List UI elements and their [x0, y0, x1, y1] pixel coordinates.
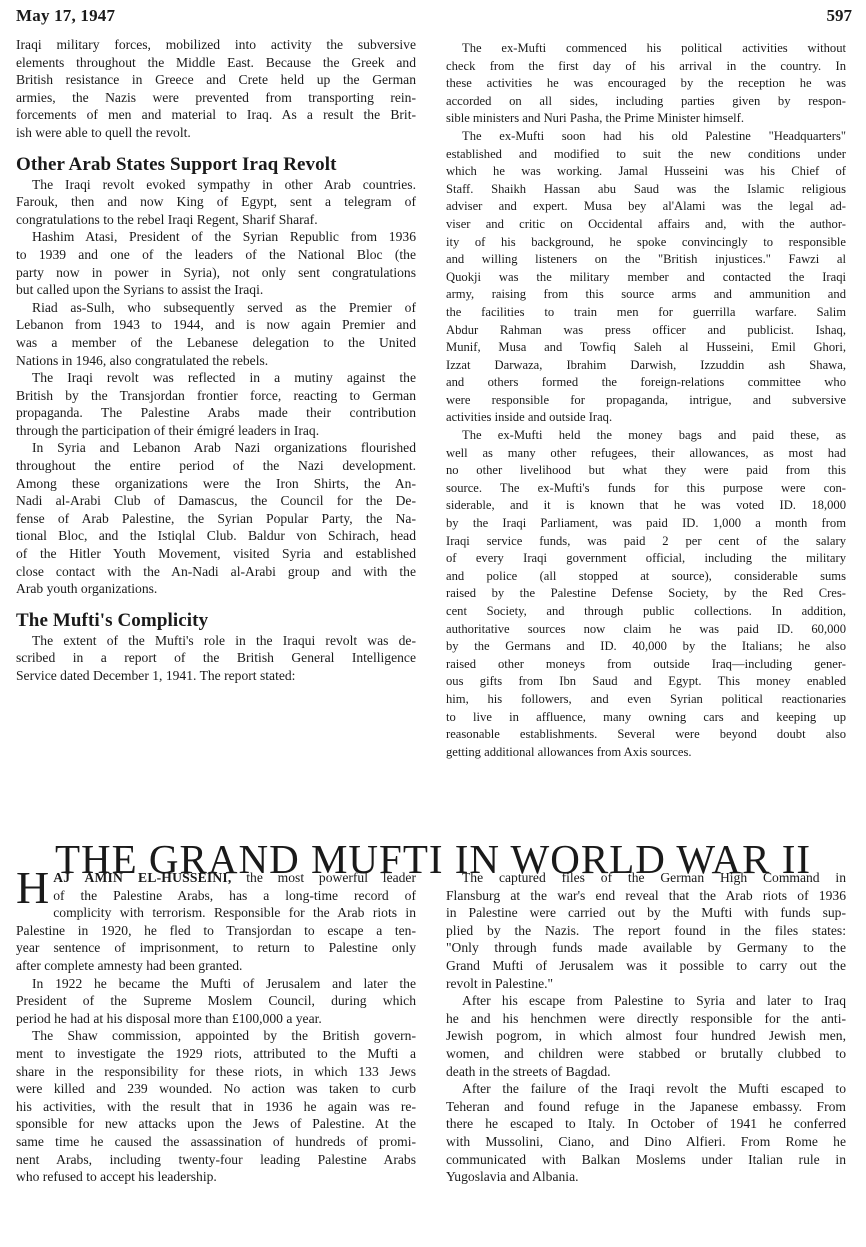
- text-line: and others formed the foreign-relations …: [446, 374, 846, 392]
- paragraph: The Iraqi revolt evoked sympathy in othe…: [16, 176, 416, 229]
- text-line: Yugoslavia and Albania.: [446, 1168, 846, 1186]
- article-left-column: H AJ AMIN EL-HUSSEINI, the most powerful…: [16, 869, 416, 1186]
- text-line: After his escape from Palestine to Syria…: [446, 992, 846, 1010]
- paragraph: Iraqi military forces, mobilized into ac…: [16, 36, 416, 142]
- text-line: in Palestine were carried out by the Muf…: [446, 904, 846, 922]
- text-line: tional Bloc, and the Istiqlal Club. Bald…: [16, 527, 416, 545]
- text-line: The ex-Mufti soon had his old Palestine …: [446, 128, 846, 146]
- text-line: communicated with Balkan Moslems under I…: [446, 1151, 846, 1169]
- text-line: by the Iraqi Parliament, was paid ID. 1,…: [446, 515, 846, 533]
- top-left-column: Iraqi military forces, mobilized into ac…: [16, 36, 416, 685]
- text-line: there he escaped to Italy. In October of…: [446, 1115, 846, 1133]
- text-line: In Syria and Lebanon Arab Nazi organizat…: [16, 439, 416, 457]
- text-line: and police (all stopped at source), cons…: [446, 568, 846, 586]
- text-line: of every Iraqi government official, incl…: [446, 550, 846, 568]
- text-line: The extent of the Mufti's role in the Ir…: [16, 632, 416, 650]
- text-line: Arab youth organizations.: [16, 580, 416, 598]
- text-line: death in the streets of Bagdad.: [446, 1063, 846, 1081]
- text-line: The Shaw commission, appointed by the Br…: [16, 1027, 416, 1045]
- text-line: getting additional allowances from Axis …: [446, 744, 846, 762]
- text-line: plied by the Nazis. The report found in …: [446, 922, 846, 940]
- paragraph: The extent of the Mufti's role in the Ir…: [16, 632, 416, 685]
- text-line: with Mussolini, Ciano, and Dino Alfieri.…: [446, 1133, 846, 1151]
- text-line: The ex-Mufti held the money bags and pai…: [446, 427, 846, 445]
- text-line: armies, the Nazis were prevented from tr…: [16, 89, 416, 107]
- text-line: close contact with the An-Nadi al-Arabi …: [16, 563, 416, 581]
- page-number: 597: [827, 6, 853, 26]
- quoted-paragraph: The ex-Mufti held the money bags and pai…: [446, 427, 846, 761]
- text-line: activities inside and outside Iraq.: [446, 409, 846, 427]
- text-line: sible ministers and Nuri Pasha, the Prim…: [446, 110, 846, 128]
- text-line: Iraqi military forces, mobilized into ac…: [16, 36, 416, 54]
- text-line: fense of Arab Palestine, the Syrian Popu…: [16, 510, 416, 528]
- paragraph: The captured files of the German High Co…: [446, 869, 846, 992]
- text-line: he and his henchmen were directly respon…: [446, 1010, 846, 1028]
- section-heading-mufti-complicity: The Mufti's Complicity: [16, 610, 416, 632]
- text-line: Iraqi service funds, was paid 2 per cent…: [446, 533, 846, 551]
- text-line: were killed and 239 wounded. No action w…: [16, 1080, 416, 1098]
- paragraph: The Iraqi revolt was reflected in a muti…: [16, 369, 416, 439]
- text-line: sponsible for new attacks upon the Jews …: [16, 1115, 416, 1133]
- text-line: adviser and expert. Musa bey al'Alami wa…: [446, 198, 846, 216]
- text-line: raised by the Palestine Defense Society,…: [446, 585, 846, 603]
- text-line: In 1922 he became the Mufti of Jerusalem…: [16, 975, 416, 993]
- text-line: Grand Mufti of Jerusalem was it possible…: [446, 957, 846, 975]
- text-line: ish were able to quell the revolt.: [16, 124, 416, 142]
- text-line: army, raising from this source arms and …: [446, 286, 846, 304]
- text-line: Lebanon from 1943 to 1944, and is now ag…: [16, 316, 416, 334]
- text-line: complicity with terrorism. Responsible f…: [16, 904, 416, 922]
- text-line: year sentence of imprisonment, to return…: [16, 939, 416, 957]
- text-line: The captured files of the German High Co…: [446, 869, 846, 887]
- text-line: "Only through funds made available by Ge…: [446, 939, 846, 957]
- text-line: the facilities to train men for guerrill…: [446, 304, 846, 322]
- article-right-column: The captured files of the German High Co…: [446, 869, 846, 1186]
- text-line: scribed in a report of the British Gener…: [16, 649, 416, 667]
- text-line: Munif, Musa and Towfiq Saleh al Husseini…: [446, 339, 846, 357]
- text-line: after complete amnesty had been granted.: [16, 957, 416, 975]
- text-line: through the participation of their émigr…: [16, 422, 416, 440]
- text-line: British by the Transjordan frontier forc…: [16, 387, 416, 405]
- text-line: siderable, and it is known that he was v…: [446, 497, 846, 515]
- text-line: Palestine in 1920, he fled to Transjorda…: [16, 922, 416, 940]
- text-line: ment to investigate the 1929 riots, attr…: [16, 1045, 416, 1063]
- lead-paragraph: H AJ AMIN EL-HUSSEINI, the most powerful…: [16, 869, 416, 975]
- text-line: were responsible for propaganda, intrigu…: [446, 392, 846, 410]
- section-heading-other-arab-states: Other Arab States Support Iraq Revolt: [16, 154, 416, 176]
- text-line: reasonable establishments. Several were …: [446, 726, 846, 744]
- text-line: established and modified to suit the new…: [446, 146, 846, 164]
- issue-date: May 17, 1947: [16, 6, 115, 26]
- text-line: Hashim Atasi, President of the Syrian Re…: [16, 228, 416, 246]
- drop-cap: H: [16, 869, 49, 906]
- text-line: source. The ex-Mufti's funds for this pu…: [446, 480, 846, 498]
- quoted-paragraph: The ex-Mufti soon had his old Palestine …: [446, 128, 846, 427]
- text-line: raised other moneys from outside Iraq—in…: [446, 656, 846, 674]
- text-line: nent Arabs, including twenty-four leadin…: [16, 1151, 416, 1169]
- text-line: ity of his background, he spoke convinci…: [446, 234, 846, 252]
- text-line: Service dated December 1, 1941. The repo…: [16, 667, 416, 685]
- paragraph: The Shaw commission, appointed by the Br…: [16, 1027, 416, 1185]
- text-line: The Iraqi revolt was reflected in a muti…: [16, 369, 416, 387]
- text-line: Among these organizations were the Iron …: [16, 475, 416, 493]
- text-line: congratulations to the rebel Iraqi Regen…: [16, 211, 416, 229]
- text-line: throughout the entire period of the Nazi…: [16, 457, 416, 475]
- text-line: Teheran and found refuge in the Japanese…: [446, 1098, 846, 1116]
- text-line: The ex-Mufti commenced his political act…: [446, 40, 846, 58]
- text-line: these activities he was encouraged by th…: [446, 75, 846, 93]
- text-line: was a member of the Lebanese delegation …: [16, 334, 416, 352]
- text-line: Farouk, then and now King of Egypt, sent…: [16, 193, 416, 211]
- text-line: Jewish pogrom, in which almost four hund…: [446, 1027, 846, 1045]
- text-line: forcements of men and material to Iraq. …: [16, 106, 416, 124]
- paragraph: Riad as-Sulh, who subsequently served as…: [16, 299, 416, 369]
- text-line: but called upon the Syrians to assist th…: [16, 281, 416, 299]
- text-line: Nadi al-Arabi Club of Damascus, the Coun…: [16, 492, 416, 510]
- text-line: President of the Supreme Moslem Council,…: [16, 992, 416, 1010]
- text-line: British resistance in Greece and Crete h…: [16, 71, 416, 89]
- text-line: Riad as-Sulh, who subsequently served as…: [16, 299, 416, 317]
- text-line: same time he caused the assassination of…: [16, 1133, 416, 1151]
- text-line: The Iraqi revolt evoked sympathy in othe…: [16, 176, 416, 194]
- text-line: to live in affluence, many owning cars a…: [446, 709, 846, 727]
- text-line: who refused to accept his leadership.: [16, 1168, 416, 1186]
- text-line: Izzat Darwaza, Ibrahim Darwish, Izzuddin…: [446, 357, 846, 375]
- text-line: period he had at his disposal more than …: [16, 1010, 416, 1028]
- text-line: share in the responsibility for these ri…: [16, 1063, 416, 1081]
- text-line: well as many other refugees, their allow…: [446, 445, 846, 463]
- paragraph: In 1922 he became the Mufti of Jerusalem…: [16, 975, 416, 1028]
- text-line: Abdur Rahman was press officer and publi…: [446, 322, 846, 340]
- text-line: After the failure of the Iraqi revolt th…: [446, 1080, 846, 1098]
- text-line: no other livelihood but what they were p…: [446, 462, 846, 480]
- quoted-paragraph: The ex-Mufti commenced his political act…: [446, 40, 846, 128]
- lead-text: of the Palestine Arabs, has a long-time …: [16, 887, 416, 905]
- text-line: Quokji was the military member and conta…: [446, 269, 846, 287]
- top-right-column: The ex-Mufti commenced his political act…: [446, 36, 846, 761]
- text-line: party now in power in Syria), not only s…: [16, 264, 416, 282]
- text-line: ous gifts from Ibn Saud and Egypt. This …: [446, 673, 846, 691]
- text-line: propaganda. The Palestine Arabs made the…: [16, 404, 416, 422]
- paragraph: After the failure of the Iraqi revolt th…: [446, 1080, 846, 1186]
- page-header: May 17, 1947 597: [16, 6, 852, 28]
- lead-text: the most powerful leader: [231, 870, 416, 885]
- lead-name: AJ AMIN EL-HUSSEINI,: [53, 870, 231, 885]
- text-line: women, and children were stabbed or brut…: [446, 1045, 846, 1063]
- text-line: accorded on all sides, including parties…: [446, 93, 846, 111]
- paragraph: Hashim Atasi, President of the Syrian Re…: [16, 228, 416, 298]
- text-line: of the Hitler Youth Movement, visited Sy…: [16, 545, 416, 563]
- text-line: Nations in 1946, also congratulated the …: [16, 352, 416, 370]
- text-line: cent Society, and through public collect…: [446, 603, 846, 621]
- text-line: Flansburg at the war's end reveal that t…: [446, 887, 846, 905]
- text-line: Staff. Shaikh Hassan abu Saud was the Is…: [446, 181, 846, 199]
- text-line: to 1939 and one of the leaders of the Na…: [16, 246, 416, 264]
- text-line: and willing listeners on the "British in…: [446, 251, 846, 269]
- text-line: by the Germans and ID. 40,000 by the Ita…: [446, 638, 846, 656]
- text-line: viser and critic on Occidental affairs a…: [446, 216, 846, 234]
- text-line: check from the first day of his arrival …: [446, 58, 846, 76]
- text-line: him, his followers, and even Syrian poli…: [446, 691, 846, 709]
- text-line: elements throughout the Middle East. Bec…: [16, 54, 416, 72]
- text-line: his activities, with the result that in …: [16, 1098, 416, 1116]
- text-line: which he was working. Jamal Husseini was…: [446, 163, 846, 181]
- text-line: revolt in Palestine.": [446, 975, 846, 993]
- paragraph: After his escape from Palestine to Syria…: [446, 992, 846, 1080]
- paragraph: In Syria and Lebanon Arab Nazi organizat…: [16, 439, 416, 597]
- text-line: authoritative sources now claim he was p…: [446, 621, 846, 639]
